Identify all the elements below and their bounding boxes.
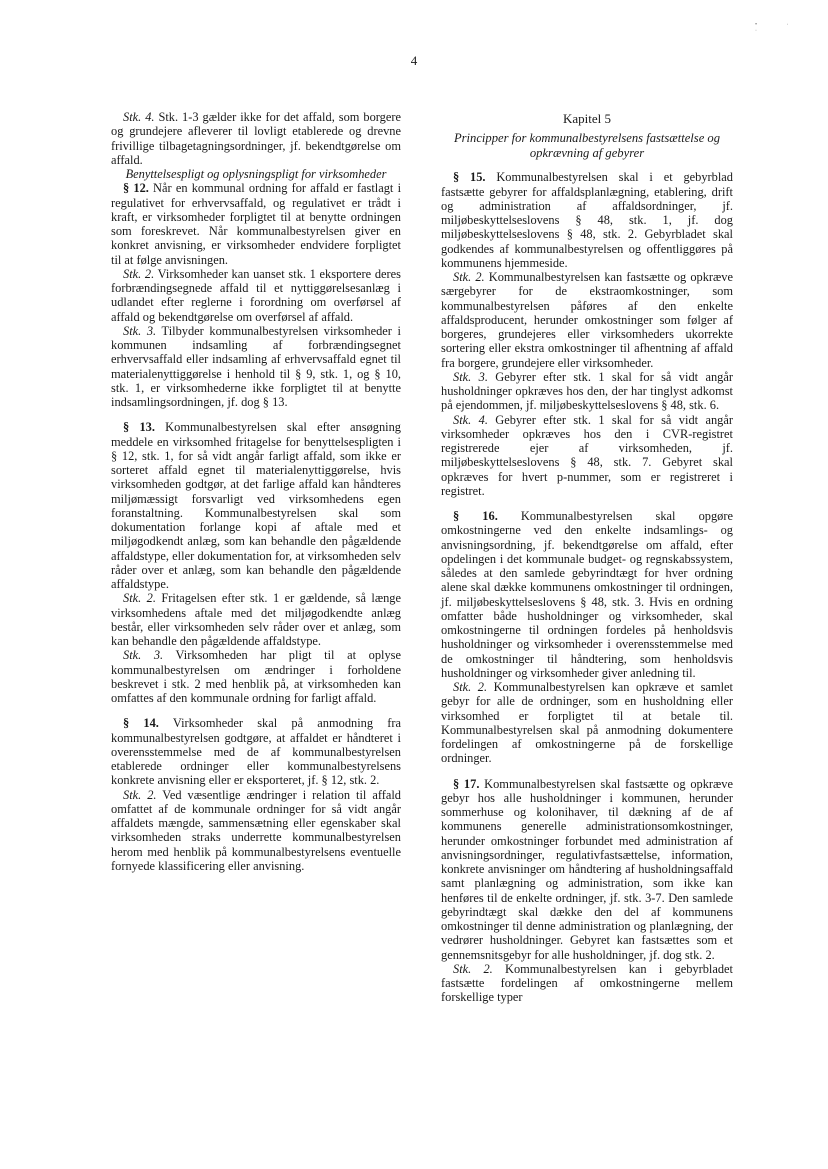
paragraph-text: Når en kommunal ordning for affald er fa… xyxy=(111,181,401,266)
section-15-stk-4: Stk. 4. Gebyrer efter stk. 1 skal for så… xyxy=(441,413,733,499)
section-heading: Benyttelsespligt og oplysningspligt for … xyxy=(111,167,401,181)
chapter-title: Principper for kommunalbestyrelsens fast… xyxy=(441,131,733,161)
paragraph-text: Kommunalbestyrelsen skal fastsætte og op… xyxy=(441,777,733,962)
section-number: § 13. xyxy=(123,420,155,434)
stk-label: Stk. 3. xyxy=(123,648,163,662)
section-number: § 17. xyxy=(453,777,479,791)
stk-label: Stk. 3. xyxy=(453,370,488,384)
section-17: § 17. Kommunalbestyrelsen skal fastsætte… xyxy=(441,777,733,962)
stk-label: Stk. 2. xyxy=(453,270,485,284)
section-15: § 15. Kommunalbestyrelsen skal i et geby… xyxy=(441,170,733,270)
section-15-stk-2: Stk. 2. Kommunalbestyrelsen kan fastsætt… xyxy=(441,270,733,370)
stk-label: Stk. 4. xyxy=(453,413,488,427)
stk-label: Stk. 2. xyxy=(123,788,157,802)
stk-label: Stk. 2. xyxy=(123,591,156,605)
paragraph-text: Virksomheder kan uanset stk. 1 eksporter… xyxy=(111,267,401,324)
paragraph-text: Kommunalbestyrelsen skal efter ansøgning… xyxy=(111,420,401,591)
section-14: § 14. Virksomheder skal på anmodning fra… xyxy=(111,716,401,787)
section-number: § 15. xyxy=(453,170,486,184)
stk-label: Stk. 4. xyxy=(123,110,155,124)
section-13: § 13. Kommunalbestyrelsen skal efter ans… xyxy=(111,420,401,591)
section-12: § 12. Når en kommunal ordning for affald… xyxy=(111,181,401,267)
page-number: 4 xyxy=(0,53,828,69)
section-15-stk-3: Stk. 3. Gebyrer efter stk. 1 skal for så… xyxy=(441,370,733,413)
paragraph-text: Stk. 1-3 gælder ikke for det affald, som… xyxy=(111,110,401,167)
scan-corner-marks: • · · xyxy=(755,22,828,34)
left-column: Stk. 4. Stk. 1-3 gælder ikke for det aff… xyxy=(111,110,401,873)
right-column: Kapitel 5 Principper for kommunalbestyre… xyxy=(441,112,733,1005)
section-14-stk-2: Stk. 2. Ved væsentlige ændringer i relat… xyxy=(111,788,401,874)
paragraph-stk-4: Stk. 4. Stk. 1-3 gælder ikke for det aff… xyxy=(111,110,401,167)
section-13-stk-3: Stk. 3. Virksomheden har pligt til at op… xyxy=(111,648,401,705)
paragraph-text: Kommunalbestyrelsen kan fastsætte og opk… xyxy=(441,270,733,370)
section-number: § 16. xyxy=(453,509,498,523)
stk-label: Stk. 2. xyxy=(453,680,487,694)
paragraph-text: Kommunalbestyrelsen skal i et gebyrblad … xyxy=(441,170,733,270)
section-16: § 16. Kommunalbestyrelsen skal opgøre om… xyxy=(441,509,733,680)
section-16-stk-2: Stk. 2. Kommunalbestyrelsen kan opkræve … xyxy=(441,680,733,766)
section-17-stk-2: Stk. 2. Kommunalbestyrelsen kan i gebyrb… xyxy=(441,962,733,1005)
section-number: § 14. xyxy=(123,716,159,730)
section-12-stk-2: Stk. 2. Virksomheder kan uanset stk. 1 e… xyxy=(111,267,401,324)
chapter-heading: Kapitel 5 xyxy=(441,112,733,126)
stk-label: Stk. 2. xyxy=(123,267,154,281)
stk-label: Stk. 3. xyxy=(123,324,156,338)
paragraph-text: Kommunalbestyrelsen skal opgøre omkostni… xyxy=(441,509,733,680)
section-number: § 12. xyxy=(123,181,149,195)
section-12-stk-3: Stk. 3. Tilbyder kommunalbestyrelsen vir… xyxy=(111,324,401,410)
stk-label: Stk. 2. xyxy=(453,962,493,976)
section-13-stk-2: Stk. 2. Fritagelsen efter stk. 1 er gæld… xyxy=(111,591,401,648)
